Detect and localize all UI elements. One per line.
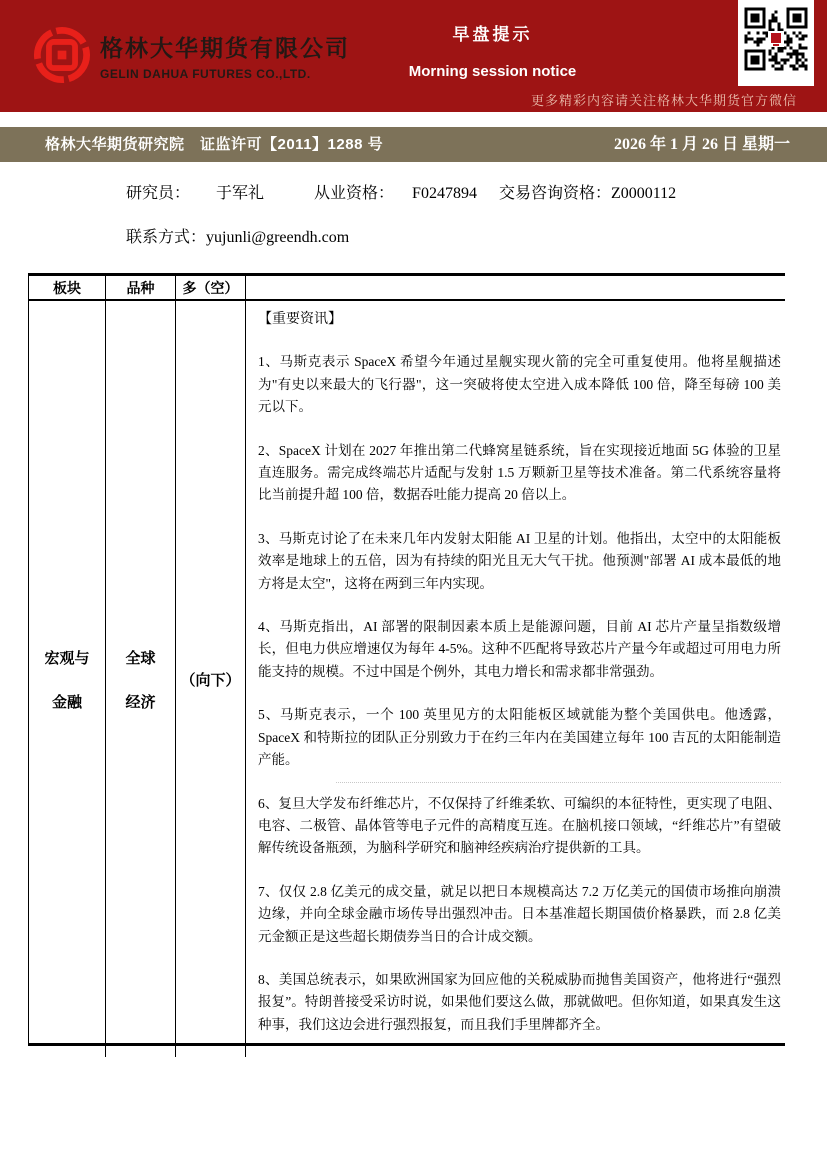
researcher-name: 于军礼 [216,185,264,202]
researcher-label: 研究员： [126,185,190,202]
column-header-direction: 多（空） [176,276,246,301]
direction-cell: （向下） [176,301,246,1057]
company-name-en: GELIN DAHUA FUTURES CO.,LTD. [100,67,350,81]
news-item: 4、马斯克指出，AI 部署的限制因素本质上是能源问题，目前 AI 芯片产量呈指数… [258,616,781,683]
report-title-cn: 早盘提示 [405,20,580,45]
news-item: 7、仅仅 2.8 亿美元的成交量，就足以把日本规模高达 7.2 万亿美元的国债市… [258,881,781,948]
sector-line1: 宏观与 [44,647,89,668]
wechat-qr-code [738,0,814,86]
header-banner: 格林大华期货有限公司 GELIN DAHUA FUTURES CO.,LTD. … [0,0,827,112]
column-header-content [246,276,785,301]
news-item: 3、马斯克讨论了在未来几年内发射太阳能 AI 卫星的计划。他指出，太空中的太阳能… [258,528,781,595]
researcher-info-line: 研究员：于军礼从业资格：F0247894交易咨询资格：Z0000112 [126,180,676,203]
news-item: 1、马斯克表示 SpaceX 希望今年通过星舰实现火箭的完全可重复使用。他将星舰… [258,351,781,418]
contact-email: yujunli@greendh.com [206,229,349,246]
column-header-sector: 板块 [29,276,106,301]
news-item: 6、复旦大学发布纤维芯片，不仅保持了纤维柔软、可编织的本征特性，更实现了电阻、电… [258,793,781,860]
report-date: 2026 年 1 月 26 日 星期一 [614,127,790,162]
variety-cell: 全球 经济 [106,301,176,1057]
morning-notice-document: 格林大华期货有限公司 GELIN DAHUA FUTURES CO.,LTD. … [0,0,827,1169]
sector-cell: 宏观与 金融 [29,301,106,1057]
qualification-label: 从业资格： [314,185,394,202]
contact-info-line: 联系方式：yujunli@greendh.com [126,224,349,247]
news-item: 2、SpaceX 计划在 2027 年推出第二代蜂窝星链系统，旨在实现接近地面 … [258,440,781,507]
company-logo-seal-icon [33,26,91,84]
sector-line2: 金融 [52,691,82,712]
page-break-dashes [336,782,781,783]
report-title-block: 早盘提示 Morning session notice [405,20,580,80]
news-content-cell: 【重要资讯】 1、马斯克表示 SpaceX 希望今年通过星舰实现火箭的完全可重复… [246,301,785,1057]
news-item: 8、美国总统表示，如果欧洲国家为回应他的关税威胁而抛售美国资产，他将进行“强烈报… [258,969,781,1036]
institute-date-bar: 格林大华期货研究院 证监许可【2011】1288 号 2026 年 1 月 26… [0,127,827,162]
variety-line2: 经济 [125,691,155,712]
advisory-number: Z0000112 [611,185,676,202]
company-name-cn: 格林大华期货有限公司 [100,30,350,63]
qualification-number: F0247894 [412,185,477,202]
direction-value: （向下） [180,669,240,690]
section-title-important-news: 【重要资讯】 [258,309,781,331]
notice-table: 板块 品种 多（空） 宏观与 金融 全球 经济 （向下） 【重要资讯】 1、马斯… [28,273,785,1046]
institute-license-text: 格林大华期货研究院 证监许可【2011】1288 号 [45,127,383,162]
wechat-follow-note: 更多精彩内容请关注格林大华期货官方微信 [531,90,797,109]
report-title-en: Morning session notice [405,63,580,80]
column-header-variety: 品种 [106,276,176,301]
variety-line1: 全球 [125,647,155,668]
contact-label: 联系方式： [126,229,206,246]
company-name-block: 格林大华期货有限公司 GELIN DAHUA FUTURES CO.,LTD. [100,30,350,81]
news-item: 5、马斯克表示，一个 100 英里见方的太阳能板区域就能为整个美国供电。他透露，… [258,704,781,771]
advisory-label: 交易咨询资格： [499,185,611,202]
